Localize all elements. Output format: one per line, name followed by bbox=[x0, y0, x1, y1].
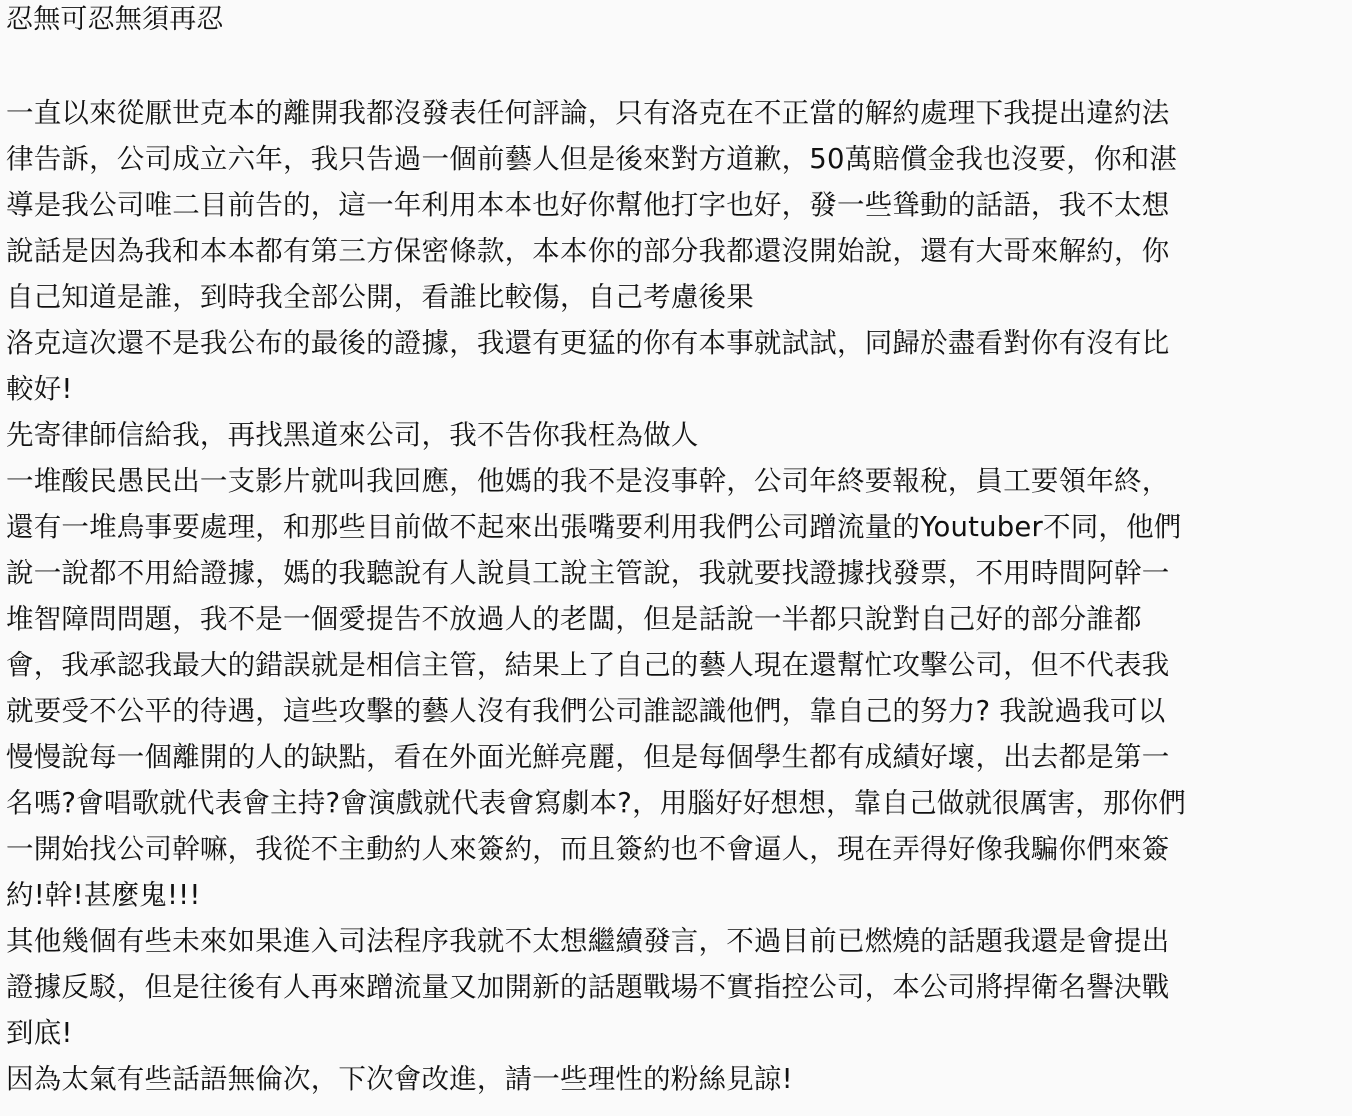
body-line: 約!幹!甚麼鬼!!! bbox=[6, 872, 1352, 918]
body-line: 一堆酸民愚民出一支影片就叫我回應，他媽的我不是沒事幹，公司年終要報稅，員工要領年… bbox=[6, 458, 1352, 504]
body-line: 慢慢說每一個離開的人的缺點，看在外面光鮮亮麗，但是每個學生都有成績好壞，出去都是… bbox=[6, 734, 1352, 780]
body-line: 名嗎?會唱歌就代表會主持?會演戲就代表會寫劇本?，用腦好好想想，靠自己做就很厲害… bbox=[6, 780, 1352, 826]
body-line: 一直以來從厭世克本的離開我都沒發表任何評論，只有洛克在不正當的解約處理下我提出違… bbox=[6, 90, 1352, 136]
body-line: 洛克這次還不是我公布的最後的證據，我還有更猛的你有本事就試試，同歸於盡看對你有沒… bbox=[6, 320, 1352, 366]
body-line: 自己知道是誰，到時我全部公開，看誰比較傷，自己考慮後果 bbox=[6, 274, 1352, 320]
body-line: 導是我公司唯二目前告的，這一年利用本本也好你幫他打字也好，發一些聳動的話語，我不… bbox=[6, 182, 1352, 228]
post-title: 忍無可忍無須再忍 bbox=[6, 0, 1352, 40]
body-line: 一開始找公司幹嘛，我從不主動約人來簽約，而且簽約也不會逼人，現在弄得好像我騙你們… bbox=[6, 826, 1352, 872]
body-line: 就要受不公平的待遇，這些攻擊的藝人沒有我們公司誰認識他們，靠自己的努力? 我說過… bbox=[6, 688, 1352, 734]
body-line: 律告訴，公司成立六年，我只告過一個前藝人但是後來對方道歉，50萬賠償金我也沒要，… bbox=[6, 136, 1352, 182]
body-line: 較好! bbox=[6, 366, 1352, 412]
body-line: 證據反駁，但是往後有人再來蹭流量又加開新的話題戰場不實指控公司，本公司將捍衛名譽… bbox=[6, 964, 1352, 1010]
body-line: 先寄律師信給我，再找黑道來公司，我不告你我枉為做人 bbox=[6, 412, 1352, 458]
body-line: 還有一堆鳥事要處理，和那些目前做不起來出張嘴要利用我們公司蹭流量的Youtube… bbox=[6, 504, 1352, 550]
post-body: 一直以來從厭世克本的離開我都沒發表任何評論，只有洛克在不正當的解約處理下我提出違… bbox=[6, 90, 1352, 1102]
body-line: 說話是因為我和本本都有第三方保密條款，本本你的部分我都還沒開始說，還有大哥來解約… bbox=[6, 228, 1352, 274]
body-line: 其他幾個有些未來如果進入司法程序我就不太想繼續發言，不過目前已燃燒的話題我還是會… bbox=[6, 918, 1352, 964]
body-line: 因為太氣有些話語無倫次，下次會改進，請一些理性的粉絲見諒! bbox=[6, 1056, 1352, 1102]
body-line: 會，我承認我最大的錯誤就是相信主管，結果上了自己的藝人現在還幫忙攻擊公司，但不代… bbox=[6, 642, 1352, 688]
post-container: 忍無可忍無須再忍 一直以來從厭世克本的離開我都沒發表任何評論，只有洛克在不正當的… bbox=[0, 0, 1352, 1102]
body-line: 說一說都不用給證據，媽的我聽說有人說員工說主管說，我就要找證據找發票，不用時間阿… bbox=[6, 550, 1352, 596]
body-line: 堆智障問問題，我不是一個愛提告不放過人的老闆，但是話說一半都只說對自己好的部分誰… bbox=[6, 596, 1352, 642]
body-line: 到底! bbox=[6, 1010, 1352, 1056]
title-gap bbox=[6, 40, 1352, 90]
